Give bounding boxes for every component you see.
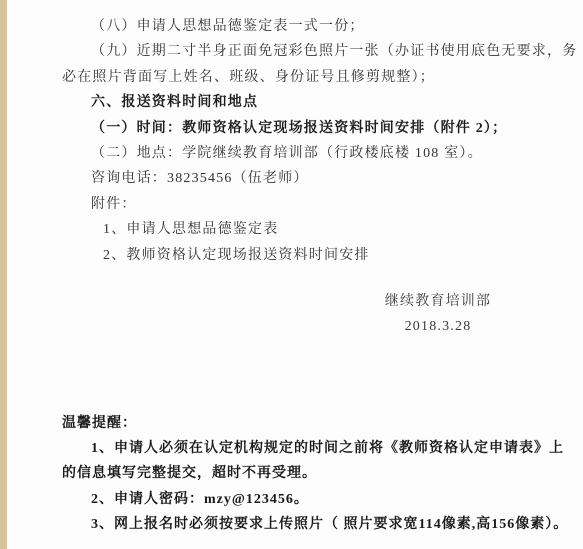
paragraph-item-9-line2: 必在照片背面写上姓名、班级、身份证号且修剪规整）；	[62, 65, 520, 90]
attachment-item-2: 2、教师资格认定现场报送资料时间安排	[62, 243, 520, 268]
location-paragraph: （二）地点：学院继续教育培训部（行政楼底楼 108 室）。	[62, 141, 520, 166]
reminder-title: 温馨提醒：	[62, 411, 520, 436]
reminder-item-2: 2、申请人密码：mzy@123456。	[62, 487, 520, 512]
attachments-label: 附件：	[62, 192, 520, 217]
reminder-section: 温馨提醒： 1、申请人必须在认定机构规定的时间之前将《教师资格认定申请表》上 的…	[62, 411, 520, 538]
paragraph-item-9-line1: （九）近期二寸半身正面免冠彩色照片一张（办证书使用底色无要求，务	[62, 39, 520, 64]
phone-paragraph: 咨询电话：38235456（伍老师）	[62, 166, 520, 191]
section-heading-6: 六、报送资料时间和地点	[62, 90, 520, 115]
signature-org: 继续教育培训部	[382, 289, 494, 314]
signature-block: 继续教育培训部 2018.3.28	[382, 289, 494, 340]
reminder-item-1-line1: 1、申请人必须在认定机构规定的时间之前将《教师资格认定申请表》上	[62, 436, 520, 461]
document-page: （八）申请人思想品德鉴定表一式一份； （九）近期二寸半身正面免冠彩色照片一张（办…	[62, 14, 520, 538]
signature-date: 2018.3.28	[382, 314, 494, 339]
reminder-item-3: 3、网上报名时必须按要求上传照片（ 照片要求宽114像素,高156像素）。	[62, 512, 520, 537]
paragraph-item-8: （八）申请人思想品德鉴定表一式一份；	[62, 14, 520, 39]
page-edge-strip	[0, 0, 7, 549]
time-paragraph: （一）时间：教师资格认定现场报送资料时间安排（附件 2）；	[62, 116, 520, 141]
reminder-item-1-line2: 的信息填写完整提交，超时不再受理。	[62, 461, 520, 486]
attachment-item-1: 1、申请人思想品德鉴定表	[62, 217, 520, 242]
